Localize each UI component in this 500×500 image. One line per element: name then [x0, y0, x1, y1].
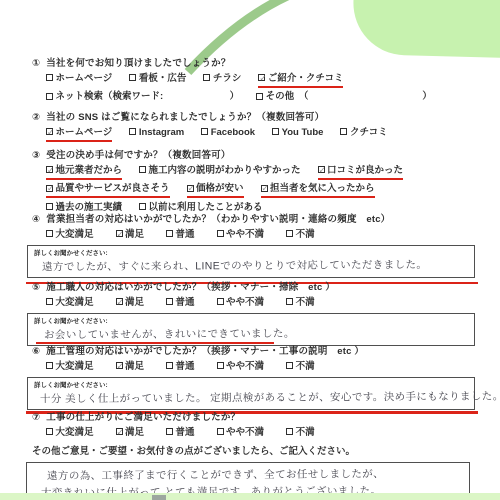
checked-checkbox-icon[interactable]	[258, 74, 265, 81]
option-label: やや不満	[226, 297, 264, 308]
option-label: 地元業者だから	[56, 165, 123, 176]
checked-option[interactable]: 品質やサービスが良さそう	[46, 183, 170, 198]
option-label: 普通	[176, 297, 195, 308]
checkbox-icon[interactable]	[46, 203, 53, 210]
question-number: ①	[32, 58, 40, 69]
question-3-deciding-factor: ③受注の決め手は何ですか？（複数回答可） 地元業者だから施工内容の説明がわかりや…	[32, 147, 475, 214]
checkbox-icon[interactable]	[166, 362, 173, 369]
checked-option[interactable]: 満足	[116, 427, 145, 439]
checked-checkbox-icon[interactable]	[116, 230, 123, 237]
question-number: ⑥	[32, 346, 40, 357]
checkbox-option[interactable]: やや不満	[217, 427, 265, 439]
question-1-source: ①当社を何でお知り頂けましたでしょうか？ ホームページ看板・広告チラシご紹介・ク…	[32, 55, 475, 103]
checkbox-option[interactable]: クチコミ	[340, 127, 387, 139]
detail-label: 詳しくお聞かせください:	[34, 248, 468, 257]
question-text: 工事の仕上がりにご満足いただけましたか？	[46, 412, 240, 423]
question-title: ⑥施工管理の対応はいかがでしたか？（挨拶・マナー・工事の説明 etc ）	[32, 343, 475, 357]
checkbox-option[interactable]: 施工内容の説明がわかりやすかった	[139, 165, 301, 177]
checkbox-option[interactable]: 普通	[166, 297, 195, 309]
option-label: 看板・広告	[139, 73, 187, 84]
option-label: 満足	[125, 229, 144, 240]
checkbox-icon[interactable]	[46, 362, 53, 369]
option-label: 不満	[296, 297, 315, 308]
checkbox-icon[interactable]	[217, 298, 224, 305]
checkbox-option[interactable]: 不満	[286, 229, 315, 241]
checked-option[interactable]: 口コミが良かった	[318, 165, 404, 180]
question-number: ⑤	[32, 282, 40, 293]
checkbox-icon[interactable]	[286, 230, 293, 237]
checked-option[interactable]: 満足	[116, 297, 145, 309]
checkbox-icon[interactable]	[256, 93, 263, 100]
checked-option[interactable]: ご紹介・クチコミ	[258, 73, 343, 88]
checked-checkbox-icon[interactable]	[318, 166, 325, 173]
option-label: ホームページ	[56, 73, 113, 84]
question-2-sns: ②当社の SNS はご覧になられましたでしょうか？（複数回答可） ホームページI…	[32, 109, 475, 142]
handwritten-answer: 十分 美しく仕上がっていました。 定期点検があることが、安心です。決め手にもなり…	[40, 389, 468, 407]
checkbox-option[interactable]: Facebook	[201, 127, 255, 139]
question-text: 施工管理の対応はいかがでしたか？（挨拶・マナー・工事の説明 etc ）	[46, 346, 364, 357]
checkbox-icon[interactable]	[46, 230, 53, 237]
checkbox-icon[interactable]	[46, 74, 53, 81]
checkbox-icon[interactable]	[129, 128, 136, 135]
option-label: その他 （ ）	[266, 91, 432, 102]
question-text: 受注の決め手は何ですか？（複数回答可）	[46, 150, 230, 161]
option-label: 満足	[125, 427, 144, 438]
checkbox-icon[interactable]	[166, 298, 173, 305]
option-label: 普通	[176, 229, 195, 240]
checkbox-icon[interactable]	[217, 428, 224, 435]
checkbox-icon[interactable]	[46, 298, 53, 305]
checkbox-icon[interactable]	[129, 74, 136, 81]
question-text: 当社の SNS はご覧になられましたでしょうか？（複数回答可）	[46, 112, 324, 123]
option-row: 品質やサービスが良さそう価格が安い担当者を気に入ったから	[46, 183, 475, 198]
checkbox-option[interactable]: やや不満	[217, 229, 265, 241]
checked-checkbox-icon[interactable]	[116, 362, 123, 369]
option-label: 品質やサービスが良さそう	[56, 183, 170, 194]
question-7-finish-satisfaction: ⑦工事の仕上がりにご満足いただけましたか？ 大変満足満足普通やや不満不満	[32, 409, 475, 439]
checkbox-option[interactable]: やや不満	[217, 297, 265, 309]
option-label: 大変満足	[56, 297, 94, 308]
decorative-green-blob	[352, 0, 500, 58]
option-label: 価格が安い	[196, 183, 244, 194]
question-5-craftsmen: ⑤施工職人の対応はいかがでしたか？（挨拶・マナー・掃除 etc ） 大変満足満足…	[32, 279, 475, 346]
checkbox-option[interactable]: 普通	[166, 229, 195, 241]
question-number: ②	[32, 112, 40, 123]
detail-label: 詳しくお聞かせください:	[34, 316, 468, 325]
checkbox-option[interactable]: チラシ	[203, 73, 241, 85]
option-label: Facebook	[211, 127, 255, 138]
question-6-site-management: ⑥施工管理の対応はいかがでしたか？（挨拶・マナー・工事の説明 etc ） 大変満…	[32, 343, 475, 410]
option-label: 大変満足	[56, 427, 94, 438]
checkbox-option[interactable]: やや不満	[217, 361, 265, 373]
option-label: チラシ	[213, 73, 242, 84]
option-label: 口コミが良かった	[327, 165, 403, 176]
checkbox-icon[interactable]	[217, 230, 224, 237]
checkbox-option[interactable]: Instagram	[129, 127, 184, 139]
option-label: ホームページ	[56, 127, 113, 138]
checkbox-icon[interactable]	[286, 298, 293, 305]
option-label: 普通	[176, 427, 195, 438]
decorative-bottom-band	[0, 493, 500, 500]
checkbox-icon[interactable]	[272, 128, 279, 135]
option-label: やや不満	[226, 427, 264, 438]
detail-label: 詳しくお聞かせください:	[34, 380, 468, 389]
option-label: 満足	[125, 361, 144, 372]
option-row: ネット検索（検索ワード: ）その他 （ ）	[46, 91, 475, 103]
checkbox-icon[interactable]	[46, 428, 53, 435]
question-title: ④営業担当者の対応はいかがでしたか？（わかりやすい説明・連絡の頻度 etc）	[32, 211, 475, 225]
checked-option[interactable]: 満足	[116, 229, 145, 241]
option-label: やや不満	[226, 361, 264, 372]
question-title: ②当社の SNS はご覧になられましたでしょうか？（複数回答可）	[32, 109, 475, 123]
question-title: ①当社を何でお知り頂けましたでしょうか？	[32, 55, 475, 69]
free-comment-section: その他ご意見・ご要望・お気付きの点がございましたら、ご記入ください。 遠方の為、…	[32, 443, 475, 500]
handwritten-answer: お会いしていませんが、きれいにできていました。	[44, 325, 468, 343]
checkbox-option[interactable]: 大変満足	[46, 427, 94, 439]
checkbox-icon[interactable]	[286, 362, 293, 369]
checked-option[interactable]: 担当者を気に入ったから	[261, 183, 375, 198]
detail-comment-box[interactable]: 詳しくお聞かせください: お会いしていませんが、きれいにできていました。	[27, 313, 475, 346]
checkbox-icon[interactable]	[203, 74, 210, 81]
handwritten-answer: 遠方でしたが、すぐに来られ、LINEでのやりとりで対応していただきました。	[42, 257, 468, 275]
option-row: 地元業者だから施工内容の説明がわかりやすかった口コミが良かった	[46, 165, 475, 180]
checkbox-icon[interactable]	[201, 128, 208, 135]
option-label: 担当者を気に入ったから	[270, 183, 375, 194]
option-row: 大変満足満足普通やや不満不満	[46, 427, 475, 439]
checkbox-option[interactable]: 大変満足	[46, 229, 94, 241]
detail-comment-box[interactable]: 詳しくお聞かせください: 遠方でしたが、すぐに来られ、LINEでのやりとりで対応…	[27, 245, 475, 278]
checked-option[interactable]: 地元業者だから	[46, 165, 122, 180]
survey-form: { "colors":{ "ink":"#2d2d2d","red":"#db2…	[0, 0, 500, 500]
option-label: 不満	[296, 229, 315, 240]
checkbox-icon[interactable]	[46, 93, 53, 100]
question-title: ③受注の決め手は何ですか？（複数回答可）	[32, 147, 475, 161]
question-text: 営業担当者の対応はいかがでしたか？（わかりやすい説明・連絡の頻度 etc）	[46, 214, 390, 225]
question-number: ③	[32, 150, 40, 161]
checked-option[interactable]: 価格が安い	[187, 183, 244, 198]
option-row: ホームページInstagramFacebookYou Tubeクチコミ	[46, 127, 475, 142]
checkbox-option[interactable]: 不満	[286, 427, 315, 439]
checked-checkbox-icon[interactable]	[261, 185, 268, 192]
checked-option[interactable]: 満足	[116, 361, 145, 373]
option-label: You Tube	[282, 127, 324, 138]
checkbox-option[interactable]: その他 （ ）	[256, 91, 432, 103]
option-label: 不満	[296, 427, 315, 438]
option-label: ネット検索（検索ワード: ）	[56, 91, 240, 102]
option-label: 大変満足	[56, 229, 94, 240]
option-label: 不満	[296, 361, 315, 372]
option-label: ご紹介・クチコミ	[268, 73, 344, 84]
checkbox-option[interactable]: 不満	[286, 297, 315, 309]
checked-checkbox-icon[interactable]	[46, 185, 53, 192]
checkbox-icon[interactable]	[217, 362, 224, 369]
checkbox-icon[interactable]	[139, 203, 146, 210]
handwritten-comment-line: 遠方の為、工事終了まで行くことができず、全てお任せしましたが、	[47, 467, 461, 485]
option-label: クチコミ	[350, 127, 388, 138]
option-label: やや不満	[226, 229, 264, 240]
scan-artifact-notch	[152, 495, 166, 500]
checked-checkbox-icon[interactable]	[116, 428, 123, 435]
option-row: 大変満足満足普通やや不満不満	[46, 297, 475, 309]
option-label: Instagram	[139, 127, 184, 138]
checkbox-option[interactable]: 大変満足	[46, 297, 94, 309]
checkbox-option[interactable]: 不満	[286, 361, 315, 373]
question-title: ⑦工事の仕上がりにご満足いただけましたか？	[32, 409, 475, 423]
option-row: 大変満足満足普通やや不満不満	[46, 229, 475, 241]
checkbox-option[interactable]: You Tube	[272, 127, 323, 139]
checkbox-option[interactable]: 普通	[166, 361, 195, 373]
checkbox-option[interactable]: 普通	[166, 427, 195, 439]
free-comment-label: その他ご意見・ご要望・お気付きの点がございましたら、ご記入ください。	[32, 443, 475, 457]
checked-option[interactable]: ホームページ	[46, 127, 112, 142]
option-label: 施工内容の説明がわかりやすかった	[149, 165, 301, 176]
checked-checkbox-icon[interactable]	[187, 185, 194, 192]
question-text: 施工職人の対応はいかがでしたか？（挨拶・マナー・掃除 etc ）	[46, 282, 335, 293]
checked-checkbox-icon[interactable]	[46, 128, 53, 135]
checkbox-option[interactable]: 看板・広告	[129, 73, 186, 85]
checkbox-icon[interactable]	[286, 428, 293, 435]
checked-checkbox-icon[interactable]	[116, 298, 123, 305]
option-row: ホームページ看板・広告チラシご紹介・クチコミ	[46, 73, 475, 88]
checkbox-option[interactable]: ネット検索（検索ワード: ）	[46, 91, 239, 103]
checked-checkbox-icon[interactable]	[46, 166, 53, 173]
checkbox-icon[interactable]	[340, 128, 347, 135]
checkbox-icon[interactable]	[139, 166, 146, 173]
question-title: ⑤施工職人の対応はいかがでしたか？（挨拶・マナー・掃除 etc ）	[32, 279, 475, 293]
option-label: 大変満足	[56, 361, 94, 372]
option-label: 普通	[176, 361, 195, 372]
question-4-sales-rep: ④営業担当者の対応はいかがでしたか？（わかりやすい説明・連絡の頻度 etc） 大…	[32, 211, 475, 278]
question-text: 当社を何でお知り頂けましたでしょうか？	[46, 58, 230, 69]
checkbox-icon[interactable]	[166, 428, 173, 435]
question-number: ⑦	[32, 412, 40, 423]
checkbox-option[interactable]: 大変満足	[46, 361, 94, 373]
question-number: ④	[32, 214, 40, 225]
option-row: 大変満足満足普通やや不満不満	[46, 361, 475, 373]
option-label: 満足	[125, 297, 144, 308]
checkbox-option[interactable]: ホームページ	[46, 73, 112, 85]
checkbox-icon[interactable]	[166, 230, 173, 237]
detail-comment-box[interactable]: 詳しくお聞かせください: 十分 美しく仕上がっていました。 定期点検があることが…	[27, 377, 475, 410]
